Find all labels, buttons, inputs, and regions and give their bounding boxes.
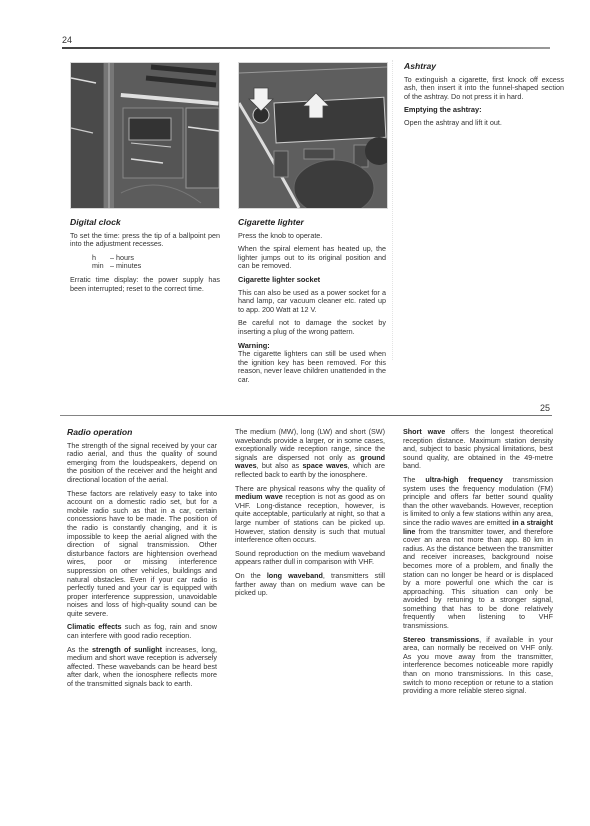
digital-clock-text-2: Erratic time display: the power supply h…: [70, 276, 220, 293]
page-number-25: 25: [540, 403, 550, 413]
column-divider: [392, 60, 393, 360]
legend-key: min: [92, 262, 108, 271]
short-wave-text: Short wave offers the longest theoretica…: [403, 428, 553, 471]
text-span: from the transmitter tower, and therefor…: [403, 527, 553, 631]
radio-column-1: Radio operation The strength of the sign…: [67, 428, 217, 694]
climatic-effects-text: Climatic effects such as fog, rain and s…: [67, 623, 217, 640]
page-number-24: 24: [62, 35, 72, 45]
cigarette-lighter-section: Cigarette lighter Press the knob to oper…: [238, 218, 386, 390]
lighter-socket-heading: Cigarette lighter socket: [238, 276, 386, 285]
ashtray-text: To extinguish a cigarette, first knock o…: [404, 76, 564, 102]
lighter-photo-graphic: [239, 63, 387, 208]
header-rule-top: [62, 47, 550, 49]
uhf-text: The ultra-high frequency transmission sy…: [403, 476, 553, 631]
clock-legend: h – hours min – minutes: [70, 254, 220, 271]
digital-clock-title: Digital clock: [70, 218, 220, 227]
header-rule-bottom: [60, 415, 552, 416]
cigarette-lighter-photo: [238, 62, 388, 209]
text-span: , if available in your area, can normall…: [403, 635, 553, 696]
text-span: reception is not as good as on VHF. Long…: [235, 492, 385, 544]
radio-column-2: The medium (MW), long (LW) and short (SW…: [235, 428, 385, 603]
stereo-text: Stereo transmissions, if available in yo…: [403, 636, 553, 696]
wavebands-text: The medium (MW), long (LW) and short (SW…: [235, 428, 385, 480]
sunlight-text: As the strength of sunlight increases, l…: [67, 646, 217, 689]
digital-clock-photo: [70, 62, 220, 209]
medium-wave-text: There are physical reasons why the quali…: [235, 485, 385, 545]
sound-reproduction-text: Sound reproduction on the medium waveban…: [235, 550, 385, 567]
lighter-text-2: When the spiral element has heated up, t…: [238, 245, 386, 271]
digital-clock-text-1: To set the time: press the tip of a ball…: [70, 232, 220, 249]
lighter-text-1: Press the knob to operate.: [238, 232, 386, 241]
radio-text-1: The strength of the signal received by y…: [67, 442, 217, 485]
radio-text-2: These factors are relatively easy to tak…: [67, 490, 217, 619]
clock-legend-row: min – minutes: [92, 262, 220, 271]
long-waveband-text: On the long waveband, transmitters still…: [235, 572, 385, 598]
lighter-text-3: This can also be used as a power socket …: [238, 289, 386, 315]
radio-operation-title: Radio operation: [67, 428, 217, 437]
cigarette-lighter-title: Cigarette lighter: [238, 218, 386, 227]
digital-clock-section: Digital clock To set the time: press the…: [70, 218, 220, 298]
legend-value: – minutes: [110, 261, 141, 270]
lighter-text-4: Be careful not to damage the socket by i…: [238, 319, 386, 336]
clock-photo-graphic: [71, 63, 219, 208]
ashtray-section: Ashtray To extinguish a cigarette, first…: [404, 62, 564, 133]
emptying-ashtray-text: Open the ashtray and lift it out.: [404, 119, 564, 128]
radio-column-3: Short wave offers the longest theoretica…: [403, 428, 553, 701]
emptying-ashtray-heading: Emptying the ashtray:: [404, 106, 564, 115]
warning-text: The cigarette lighters can still be used…: [238, 350, 386, 384]
ashtray-title: Ashtray: [404, 62, 564, 71]
